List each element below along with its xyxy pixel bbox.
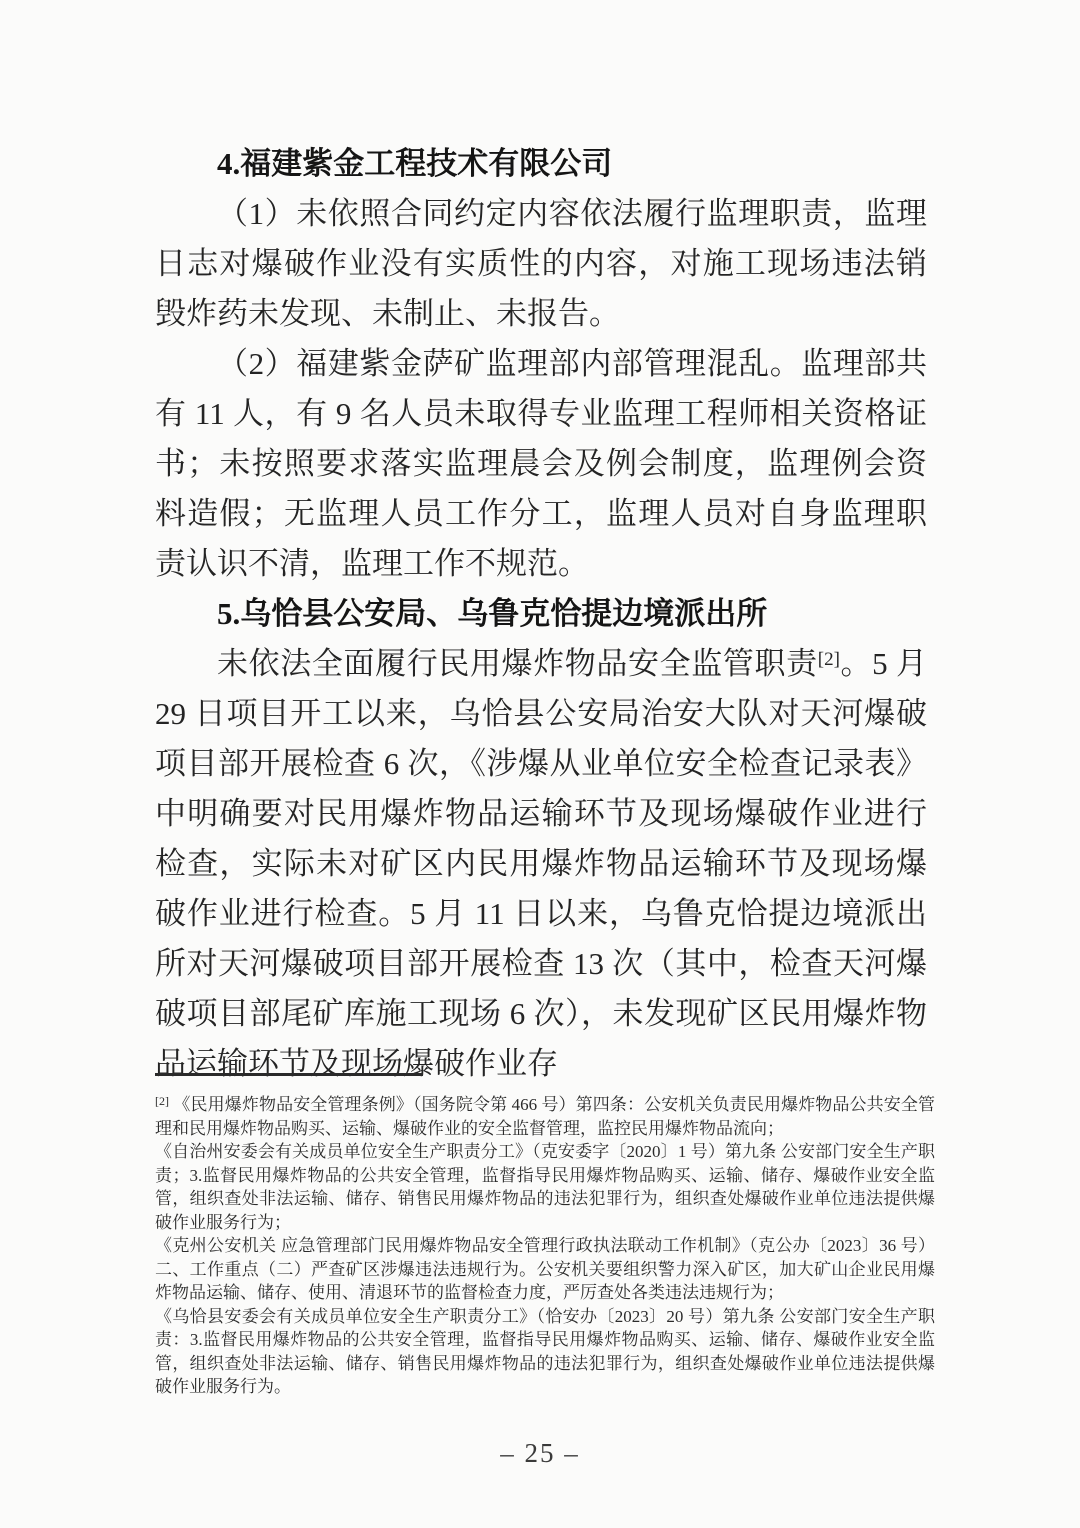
page-number: – 25 – (0, 1438, 1080, 1469)
footnote-item-2: 《自治州安委会有关成员单位安全生产职责分工》（克安委字〔2020〕1 号）第九条… (155, 1140, 935, 1234)
footnote-item-1: [2] 《民用爆炸物品安全管理条例》（国务院令第 466 号）第四条：公安机关负… (155, 1090, 935, 1140)
section-4-paragraph-2: （2）福建紫金萨矿监理部内部管理混乱。监理部共有 11 人，有 9 名人员未取得… (155, 339, 927, 589)
section-heading-4: 4.福建紫金工程技术有限公司 (155, 139, 927, 189)
footnote-separator-rule (155, 1073, 423, 1076)
footnote-marker-2: [2] (155, 1094, 169, 1108)
paragraph-text-after-ref: 。5 月 29 日项目开工以来，乌恰县公安局治安大队对天河爆破项目部开展检查 6… (155, 646, 927, 1081)
document-page: 4.福建紫金工程技术有限公司 （1）未依照合同约定内容依法履行监理职责，监理日志… (0, 0, 1080, 1528)
section-4-paragraph-1: （1）未依照合同约定内容依法履行监理职责，监理日志对爆破作业没有实质性的内容，对… (155, 189, 927, 339)
section-heading-5: 5.乌恰县公安局、乌鲁克恰提边境派出所 (155, 589, 927, 639)
footnote-reference-2: [2] (818, 649, 840, 670)
document-body: 4.福建紫金工程技术有限公司 （1）未依照合同约定内容依法履行监理职责，监理日志… (155, 139, 927, 1089)
paragraph-text-before-ref: 未依法全面履行民用爆炸物品安全监管职责 (217, 646, 818, 681)
section-5-paragraph-1: 未依法全面履行民用爆炸物品安全监管职责[2]。5 月 29 日项目开工以来，乌恰… (155, 639, 927, 1089)
footnote-item-4: 《乌恰县安委会有关成员单位安全生产职责分工》（恰安办〔2023〕20 号）第九条… (155, 1305, 935, 1399)
footnote-text: 《民用爆炸物品安全管理条例》（国务院令第 466 号）第四条：公安机关负责民用爆… (155, 1095, 935, 1138)
footnote-item-3: 《克州公安机关 应急管理部门民用爆炸物品安全管理行政执法联动工作机制》（克公办〔… (155, 1234, 935, 1305)
footnote-section: [2] 《民用爆炸物品安全管理条例》（国务院令第 466 号）第四条：公安机关负… (155, 1040, 935, 1399)
